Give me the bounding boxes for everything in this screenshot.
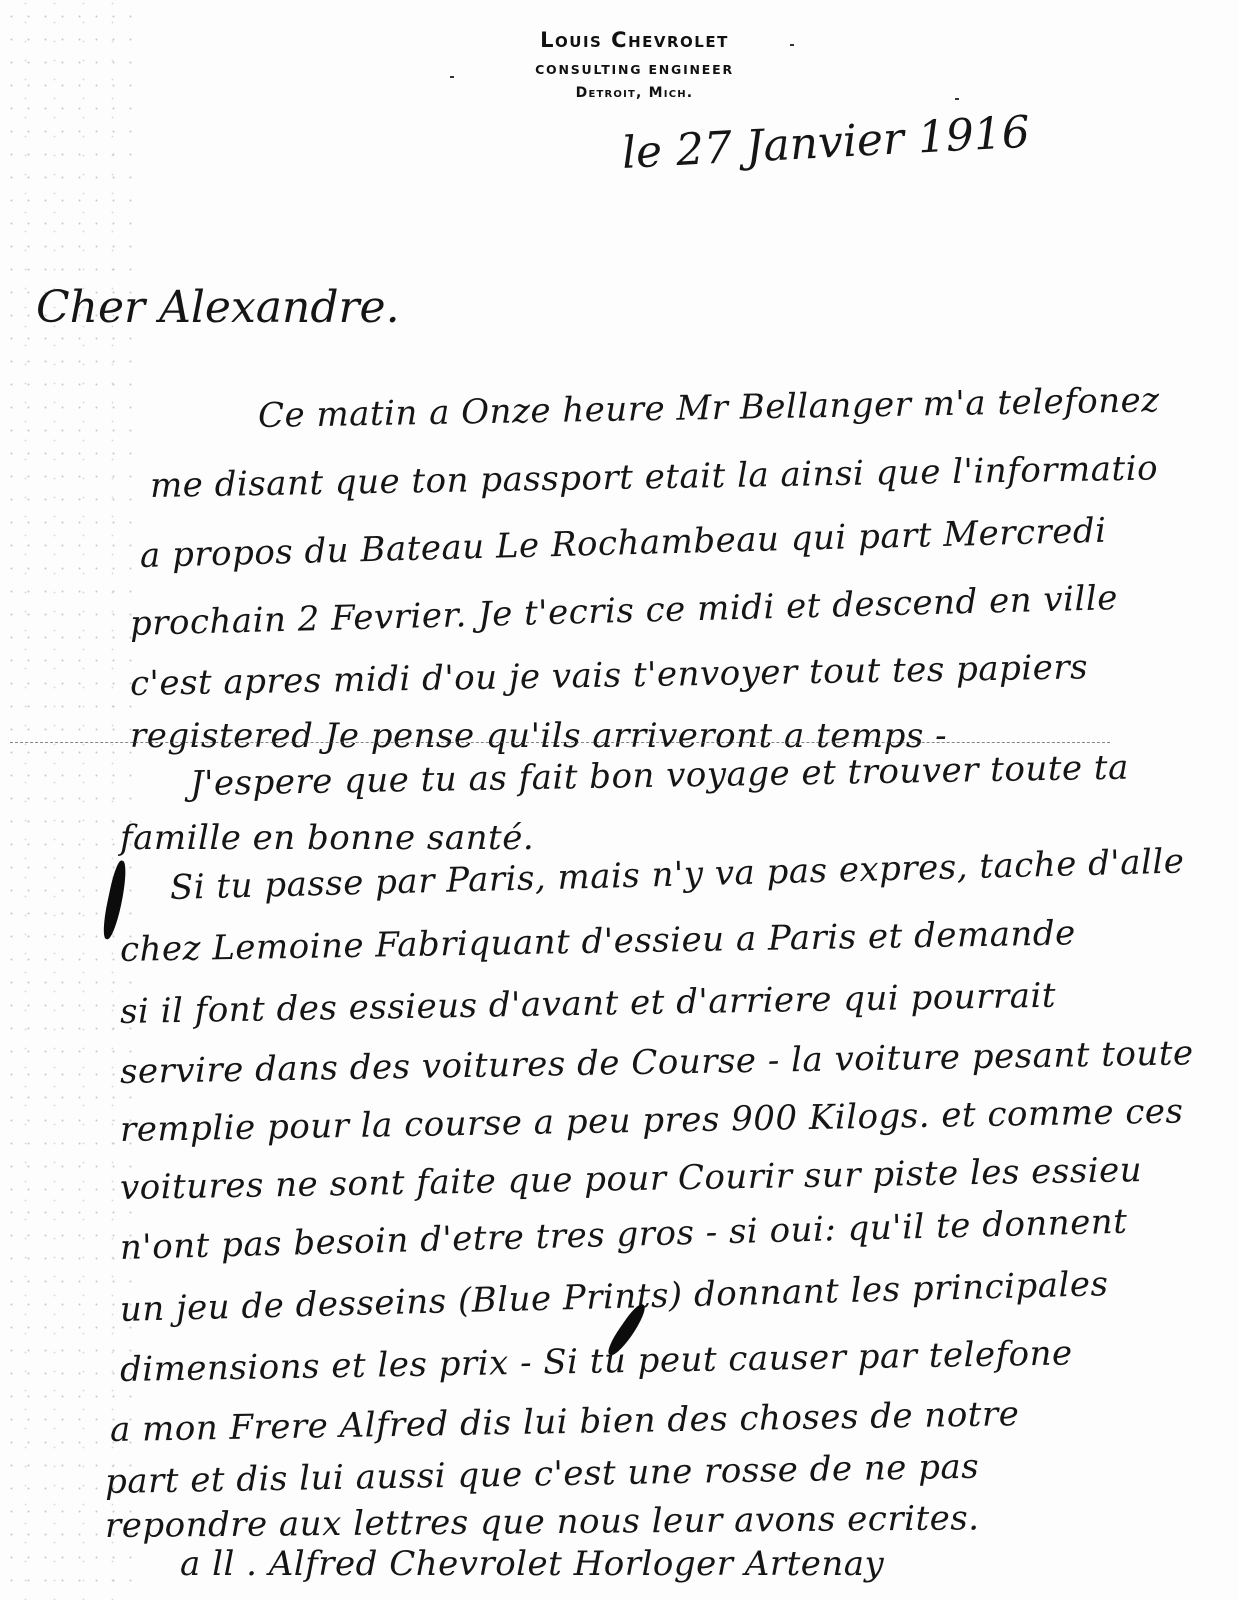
scan-fold-line [10,742,1110,743]
letter-line: n'ont pas besoin d'etre tres gros - si o… [119,1202,1127,1268]
letter-line: dimensions et les prix - Si tu peut caus… [120,1333,1073,1390]
letter-date: le 27 Janvier 1916 [621,107,1031,179]
letter-salutation: Cher Alexandre. [36,282,400,333]
scan-speck [790,44,794,46]
letter-line: repondre aux lettres que nous leur avons… [105,1498,980,1546]
letterhead-name: Louis Chevrolet [30,28,1239,52]
letter-line: un jeu de desseins (Blue Prints) donnant… [119,1264,1108,1330]
letter-line: si il font des essieus d'avant et d'arri… [120,976,1057,1032]
letterhead: Louis Chevrolet CONSULTING ENGINEER Detr… [0,28,1239,101]
letter-line: a propos du Bateau Le Rochambeau qui par… [139,511,1106,576]
letter-line: part et dis lui aussi que c'est une ross… [105,1447,980,1502]
letter-line: famille en bonne santé. [120,818,534,858]
letter-line: chez Lemoine Fabriquant d'essieu a Paris… [120,913,1076,970]
letter-line: me disant que ton passport etait la ains… [150,448,1159,506]
letter-line: a mon Frere Alfred dis lui bien des chos… [110,1394,1020,1450]
letterhead-city: Detroit, Mich. [30,85,1239,101]
scan-speck [450,76,454,78]
letter-line: servire dans des voitures de Course - la… [120,1033,1194,1092]
letter-line: registered Je pense qu'ils arriveront a … [130,716,947,756]
letter-line: a ll . Alfred Chevrolet Horloger Artenay [180,1544,884,1584]
scan-speck [955,98,959,100]
letter-line: remplie pour la course a peu pres 900 Ki… [120,1091,1184,1150]
letter-line: J'espere que tu as fait bon voyage et tr… [190,748,1129,804]
letter-line: prochain 2 Fevrier. Je t'ecris ce midi e… [129,578,1118,644]
letter-line: voitures ne sont faite que pour Courir s… [120,1150,1143,1208]
letterhead-title: CONSULTING ENGINEER [30,62,1239,77]
letter-line: c'est apres midi d'ou je vais t'envoyer … [130,647,1089,704]
letter-line: Ce matin a Onze heure Mr Bellanger m'a t… [258,380,1160,436]
